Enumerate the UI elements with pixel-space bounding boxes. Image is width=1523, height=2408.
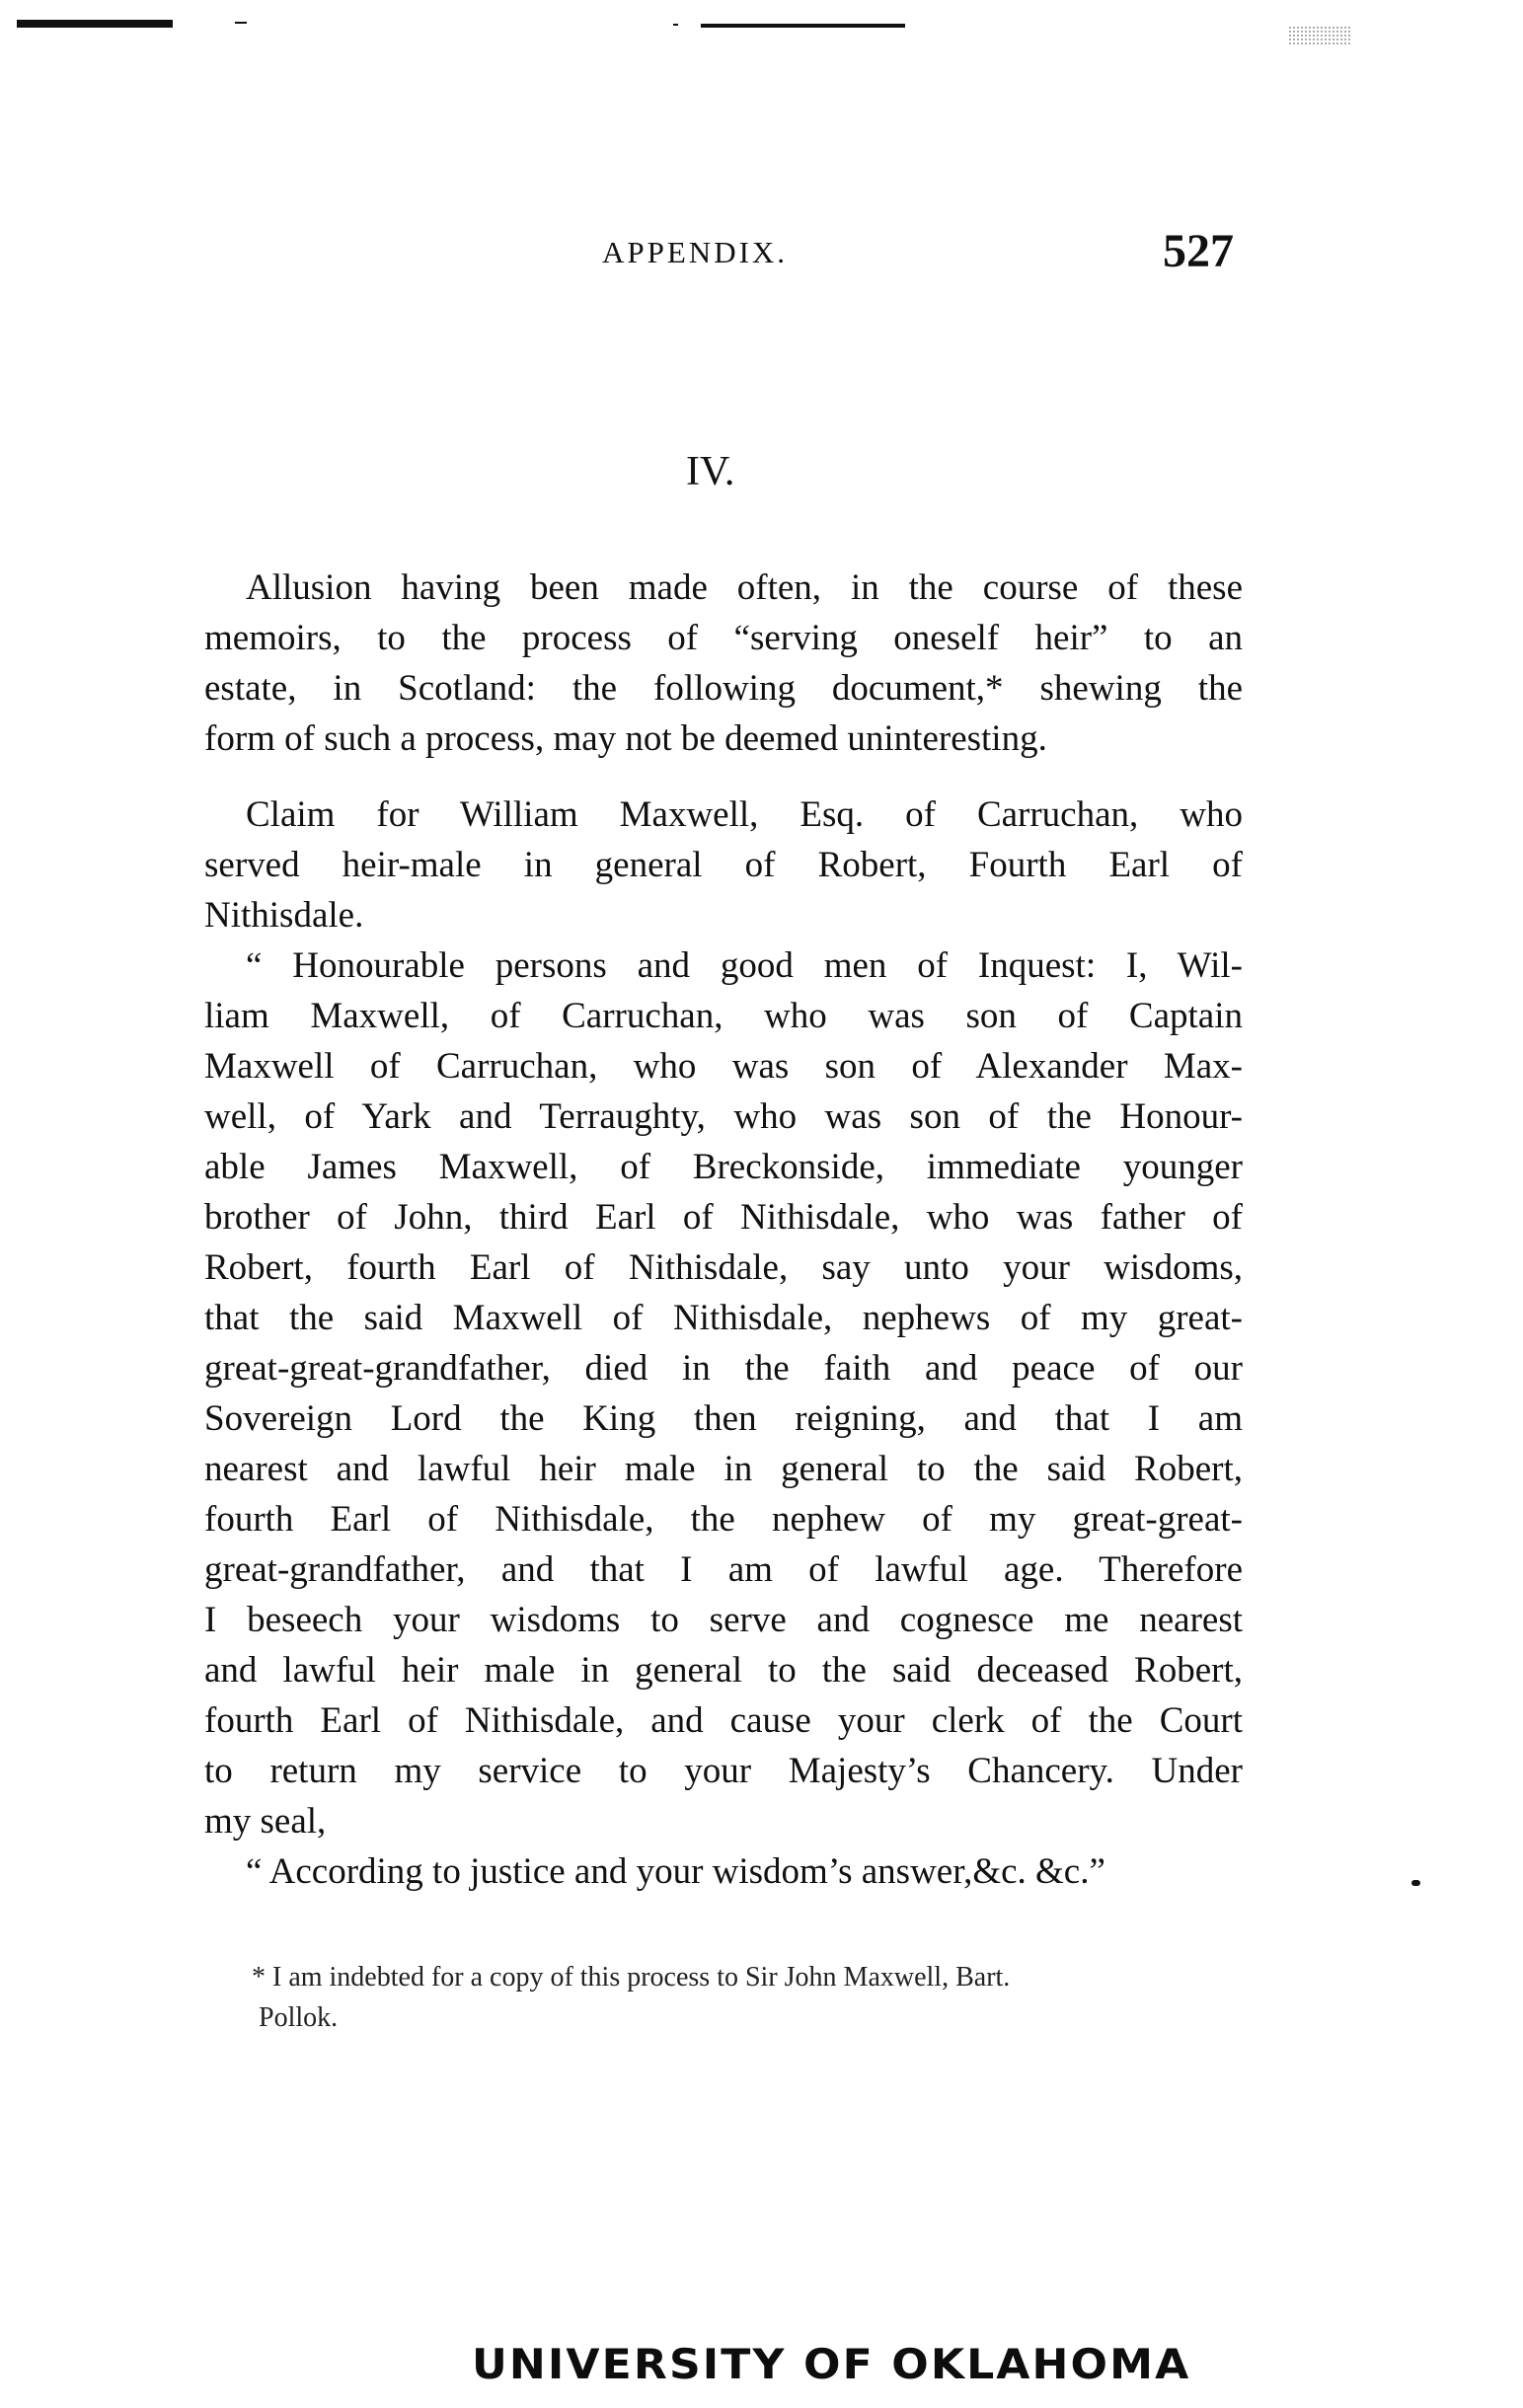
- footnote-line: * I am indebted for a copy of this proce…: [252, 1957, 1249, 1997]
- text-line: Sovereign Lord the King then reigning, a…: [204, 1393, 1243, 1444]
- text-line: great-grandfather, and that I am of lawf…: [204, 1544, 1243, 1595]
- text-line: served heir-male in general of Robert, F…: [204, 840, 1243, 890]
- text-line: Robert, fourth Earl of Nithisdale, say u…: [204, 1242, 1243, 1293]
- text-line: liam Maxwell, of Carruchan, who was son …: [204, 991, 1243, 1041]
- text-line: able James Maxwell, of Breckonside, imme…: [204, 1142, 1243, 1192]
- text-line: my seal,: [204, 1796, 1243, 1846]
- text-line: brother of John, third Earl of Nithisdal…: [204, 1192, 1243, 1242]
- closing-line: “ According to justice and your wisdom’s…: [204, 1846, 1243, 1897]
- claim-paragraph: Claim for William Maxwell, Esq. of Carru…: [204, 790, 1243, 941]
- petition-paragraph: “ Honourable persons and good men of Inq…: [204, 941, 1243, 1897]
- text-line: form of such a process, may not be deeme…: [204, 714, 1243, 764]
- scan-artifact-dash-center: [673, 24, 678, 26]
- text-line: Claim for William Maxwell, Esq. of Carru…: [204, 790, 1243, 840]
- text-line: Maxwell of Carruchan, who was son of Ale…: [204, 1041, 1243, 1091]
- scan-artifact-dash: [235, 22, 247, 24]
- text-line: great-great-grandfather, died in the fai…: [204, 1343, 1243, 1393]
- library-stamp: UNIVERSITY OF OKLAHOMA: [472, 2341, 1190, 2388]
- running-head: APPENDIX. 527: [0, 229, 1523, 278]
- text-line: nearest and lawful heir male in general …: [204, 1444, 1243, 1494]
- text-line: Allusion having been made often, in the …: [204, 563, 1243, 613]
- text-line: that the said Maxwell of Nithisdale, nep…: [204, 1293, 1243, 1343]
- scan-artifact-bar-center: [701, 24, 905, 28]
- page-number: 527: [1163, 229, 1234, 274]
- text-line: well, of Yark and Terraughty, who was so…: [204, 1091, 1243, 1142]
- scan-artifact-speckle: [1288, 26, 1352, 45]
- text-line: fourth Earl of Nithisdale, the nephew of…: [204, 1494, 1243, 1544]
- text-line: estate, in Scotland: the following docum…: [204, 663, 1243, 714]
- running-head-title: APPENDIX.: [602, 233, 788, 272]
- text-line: memoirs, to the process of “serving ones…: [204, 613, 1243, 663]
- text-line: Nithisdale.: [204, 890, 1243, 941]
- intro-paragraph: Allusion having been made often, in the …: [204, 563, 1243, 764]
- text-line: I beseech your wisdoms to serve and cogn…: [204, 1595, 1243, 1645]
- footnote: * I am indebted for a copy of this proce…: [252, 1957, 1249, 2038]
- section-number: IV.: [686, 449, 734, 494]
- text-line: to return my service to your Majesty’s C…: [204, 1746, 1243, 1796]
- scan-artifact-bar-left: [17, 20, 173, 28]
- footnote-line: Pollok.: [252, 1997, 1249, 2038]
- scan-artifact-speck: [1411, 1880, 1420, 1886]
- text-line: and lawful heir male in general to the s…: [204, 1645, 1243, 1695]
- text-line: “ Honourable persons and good men of Inq…: [204, 941, 1243, 991]
- text-line: fourth Earl of Nithisdale, and cause you…: [204, 1695, 1243, 1746]
